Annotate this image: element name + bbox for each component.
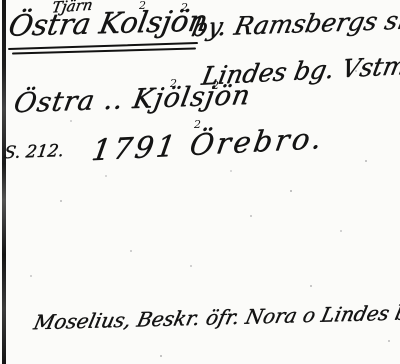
scan-noise <box>0 0 2 2</box>
accent-mark: 2 <box>170 77 177 90</box>
locality-text: by. Ramsbergs sn. <box>189 5 400 42</box>
accent-mark: 2 <box>194 118 201 131</box>
accent-mark: 2 <box>181 1 188 14</box>
place-name-title: Östra Kolsjön <box>6 3 211 42</box>
card-left-edge-line <box>2 0 6 364</box>
record-year-place: 1791 Örebro. <box>89 121 327 167</box>
accent-mark: 2 <box>212 79 219 92</box>
archive-reference: S. 212. <box>3 141 65 163</box>
source-reference: Moselius, Beskr. öfr. Nora o Lindes bg. <box>31 300 400 334</box>
accent-mark: 2 <box>139 0 146 12</box>
archive-index-card: Tjärn Östra Kolsjön by. Ramsbergs sn. Li… <box>0 0 400 364</box>
